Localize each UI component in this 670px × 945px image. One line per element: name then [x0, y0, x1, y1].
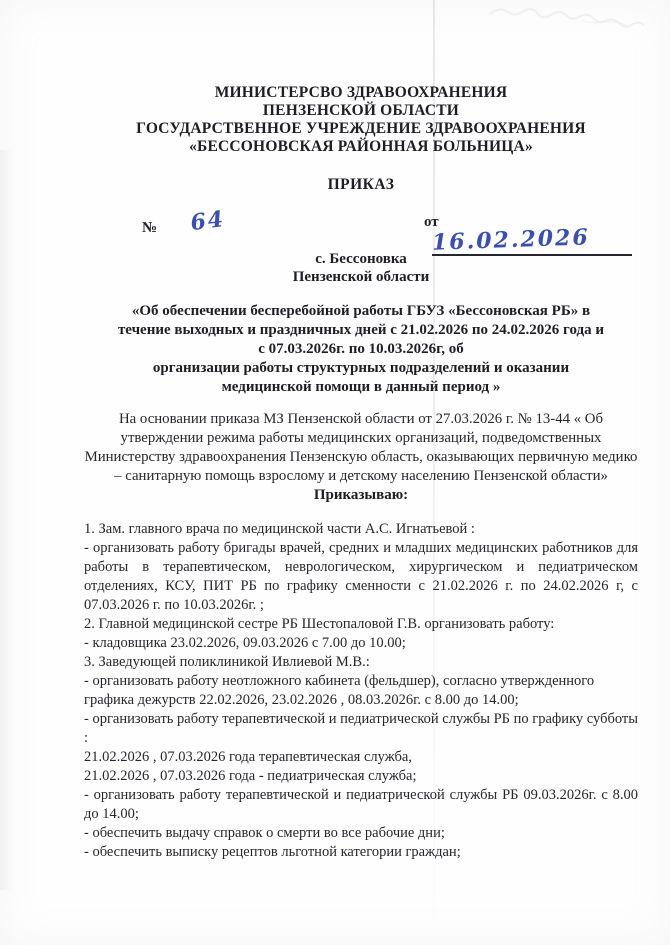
- header-line-ministry: МИНИСТЕРСВО ЗДРАВООХРАНЕНИЯ: [84, 84, 638, 102]
- number-label: №: [142, 220, 157, 236]
- order-item: - обеспечить выдачу справок о смерти во …: [84, 824, 638, 843]
- date-label: от: [424, 214, 439, 230]
- order-item: 21.02.2026 , 07.03.2026 года - педиатрич…: [84, 767, 638, 786]
- document-content: МИНИСТЕРСВО ЗДРАВООХРАНЕНИЯ ПЕНЗЕНСКОЙ О…: [0, 0, 670, 862]
- scanned-order-page: МИНИСТЕРСВО ЗДРАВООХРАНЕНИЯ ПЕНЗЕНСКОЙ О…: [0, 0, 670, 945]
- order-number-field: №64: [142, 214, 226, 237]
- subject-line: с 07.03.2026г. по 10.03.2026г, об: [84, 340, 638, 359]
- order-date-field: от16.02.2026: [424, 214, 638, 256]
- subject-line: течение выходных и праздничных дней с 21…: [84, 321, 638, 340]
- order-item: - кладовщика 23.02.2026, 09.03.2026 с 7.…: [84, 634, 638, 653]
- order-item: 21.02.2026 , 07.03.2026 года терапевтиче…: [84, 748, 638, 767]
- order-item: 1. Зам. главного врача по медицинской ча…: [84, 520, 638, 539]
- header-line-region: ПЕНЗЕНСКОЙ ОБЛАСТИ: [84, 102, 638, 120]
- order-date-handwritten: 16.02.2026: [432, 226, 590, 253]
- order-item: - организовать работу бригады врачей, ср…: [84, 539, 638, 615]
- date-underline: 16.02.2026: [432, 231, 632, 256]
- header-line-institution: ГОСУДАРСТВЕННОЕ УЧРЕЖДЕНИЕ ЗДРАВООХРАНЕН…: [84, 120, 638, 138]
- order-item: - организовать работу неотложного кабине…: [84, 672, 638, 710]
- header-line-hospital: «БЕССОНОВСКАЯ РАЙОННАЯ БОЛЬНИЦА»: [84, 138, 638, 156]
- order-item: - обеспечить выписку рецептов льготной к…: [84, 843, 638, 862]
- requisites-row: №64 от16.02.2026: [84, 206, 638, 242]
- document-header: МИНИСТЕРСВО ЗДРАВООХРАНЕНИЯ ПЕНЗЕНСКОЙ О…: [84, 84, 638, 156]
- decree-word: Приказываю:: [84, 486, 638, 505]
- order-items-list: 1. Зам. главного врача по медицинской ча…: [84, 520, 638, 862]
- subject-line: «Об обеспечении бесперебойной работы ГБУ…: [84, 302, 638, 321]
- subject-line: организации работы структурных подраздел…: [84, 359, 638, 378]
- order-number-handwritten: 64: [189, 208, 226, 234]
- order-item: 2. Главной медицинской сестре РБ Шестопа…: [84, 615, 638, 634]
- order-subject: «Об обеспечении бесперебойной работы ГБУ…: [84, 302, 638, 397]
- order-basis-paragraph: На основании приказа МЗ Пензенской облас…: [84, 410, 638, 486]
- subject-line: медицинской помощи в данный период »: [84, 378, 638, 397]
- order-item: - организовать работу терапевтической и …: [84, 710, 638, 748]
- place-line-region: Пензенской области: [84, 268, 638, 286]
- order-heading: ПРИКАЗ: [84, 176, 638, 194]
- order-item: - организовать работу терапевтической и …: [84, 786, 638, 824]
- order-item: 3. Заведующей поликлиникой Ивлиевой М.В.…: [84, 653, 638, 672]
